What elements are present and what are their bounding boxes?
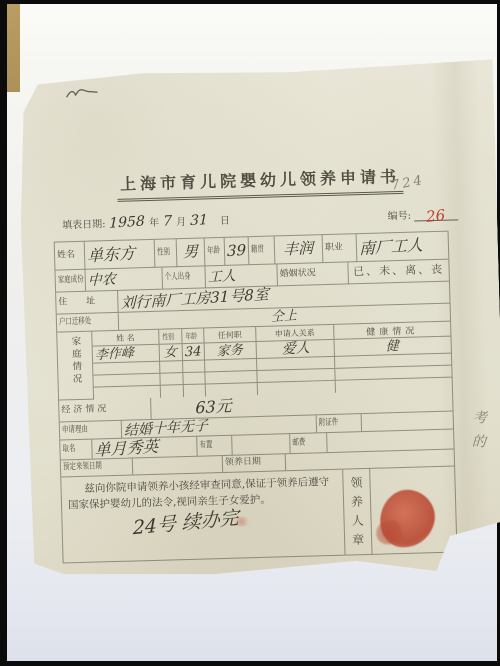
age-value: 39: [227, 243, 246, 259]
seal-cell: [370, 467, 456, 554]
fam-sex: 女: [164, 345, 177, 359]
personal-origin-label: 个人出身: [165, 272, 191, 283]
name-value: 单东方: [87, 245, 135, 264]
adoption-date-label: 领养日期: [225, 458, 261, 469]
marital-label: 婚姻状况: [280, 269, 316, 280]
serial-number: 编号: 26: [387, 201, 458, 222]
family-class-label: 家庭成份: [58, 275, 84, 286]
pencil-margin-note: 考的: [467, 409, 489, 458]
fam-h-health: 健康情况: [366, 323, 418, 337]
fam-h-sex: 性别: [162, 331, 174, 342]
address-value: 刘行南厂工房31号8室: [120, 287, 268, 311]
sex-label: 性别: [157, 248, 170, 258]
fee-label: 邮费: [292, 438, 305, 448]
fam-h-name: 姓 名: [116, 332, 135, 344]
fill-date-month: 7: [163, 214, 172, 229]
serial-label: 编号:: [387, 207, 411, 223]
origin-value: 丰润: [283, 241, 313, 258]
hukou-value: 仝上: [271, 309, 297, 324]
table-surface-strip: [7, 4, 20, 92]
family-table: 姓 名 性别 年龄 任何职 申请人关系 健康情况 李作峰 女 34 家务 爱人 …: [92, 322, 452, 400]
marital-options: 已、未、离、丧: [353, 264, 444, 279]
adoption-form-paper: 上海市育儿院嬰幼儿领养申请书 724 填表日期: 1958 年 7 月 31 日…: [6, 57, 500, 586]
month-unit: 月: [176, 213, 186, 228]
fam-relation: 爱人: [281, 341, 309, 357]
form-meta-row: 填表日期: 1958 年 7 月 31 日 编号: 26: [62, 198, 458, 231]
fam-health: 健: [386, 339, 399, 353]
ink-scribble: [64, 86, 104, 101]
fill-date: 填表日期: 1958 年 7 月 31 日: [62, 212, 230, 232]
economy-label: 经济情况: [61, 405, 109, 416]
origin-label: 籍贯: [251, 245, 264, 255]
adopter-seal-label: 领养人章: [343, 469, 372, 555]
hukou-label: 户口迁移处: [59, 317, 92, 328]
name-label: 姓名: [57, 251, 75, 261]
address-label: 住 址: [58, 297, 103, 308]
reason-label: 申请理由: [62, 425, 88, 436]
fam-name: 李作峰: [95, 346, 134, 361]
given-name-label: 取名: [62, 445, 75, 455]
fill-date-year: 1958: [110, 214, 146, 230]
family-class-value: 中农: [88, 272, 116, 288]
form-table: 姓名 单东方 性别 男 年龄 39 籍贯 丰润 职业 南厂工人 家庭成份 中农 …: [54, 231, 458, 564]
photo-frame: 上海市育儿院嬰幼儿领养申请书 724 填表日期: 1958 年 7 月 31 日…: [0, 0, 500, 666]
job-value: 南厂工人: [359, 237, 423, 257]
day-unit: 日: [220, 212, 230, 227]
economy-value: 63元: [195, 398, 231, 416]
fam-age: 34: [185, 345, 202, 359]
mid-field-label: 布置: [199, 441, 212, 451]
age-label: 年龄: [207, 247, 220, 257]
row-declaration: 兹向你院申请领养小孩经审查同意,保证于领养后遵守国家保护婴幼儿的法令,视同亲生子…: [61, 467, 456, 563]
family-block: 家庭情况 姓 名 性别 年龄 任何职 申请人关系 健康情况 李作峰 女 34: [57, 322, 452, 401]
sex-value: 男: [183, 244, 198, 260]
year-unit: 年: [149, 214, 159, 229]
fam-job: 家务: [217, 343, 243, 358]
fam-h-age: 年龄: [185, 330, 197, 341]
attachments-label: 附证件: [319, 418, 339, 428]
fam-h-job: 任何职: [218, 329, 242, 341]
reason-value: 结婚十年无子: [124, 418, 208, 437]
serial-line: 26: [414, 201, 459, 221]
personal-origin-value: 工人: [208, 269, 236, 285]
fam-h-relation: 申请人关系: [275, 327, 315, 339]
job-label: 职业: [325, 243, 343, 253]
pickup-date-label: 预定来领日期: [63, 462, 102, 473]
fill-date-day: 31: [190, 213, 208, 228]
serial-value: 26: [426, 206, 447, 226]
form-title: 上海市育儿院嬰幼儿领养申请书: [117, 164, 404, 202]
declaration-signature: 24号 续办完: [133, 508, 239, 537]
family-side-label: 家庭情况: [57, 332, 94, 401]
declaration-text: 兹向你院申请领养小孩经审查同意,保证于领养后遵守国家保护婴幼儿的法令,视同亲生子…: [61, 470, 343, 514]
given-name-value: 单月秀英: [94, 438, 158, 458]
fill-date-label: 填表日期:: [62, 215, 106, 231]
